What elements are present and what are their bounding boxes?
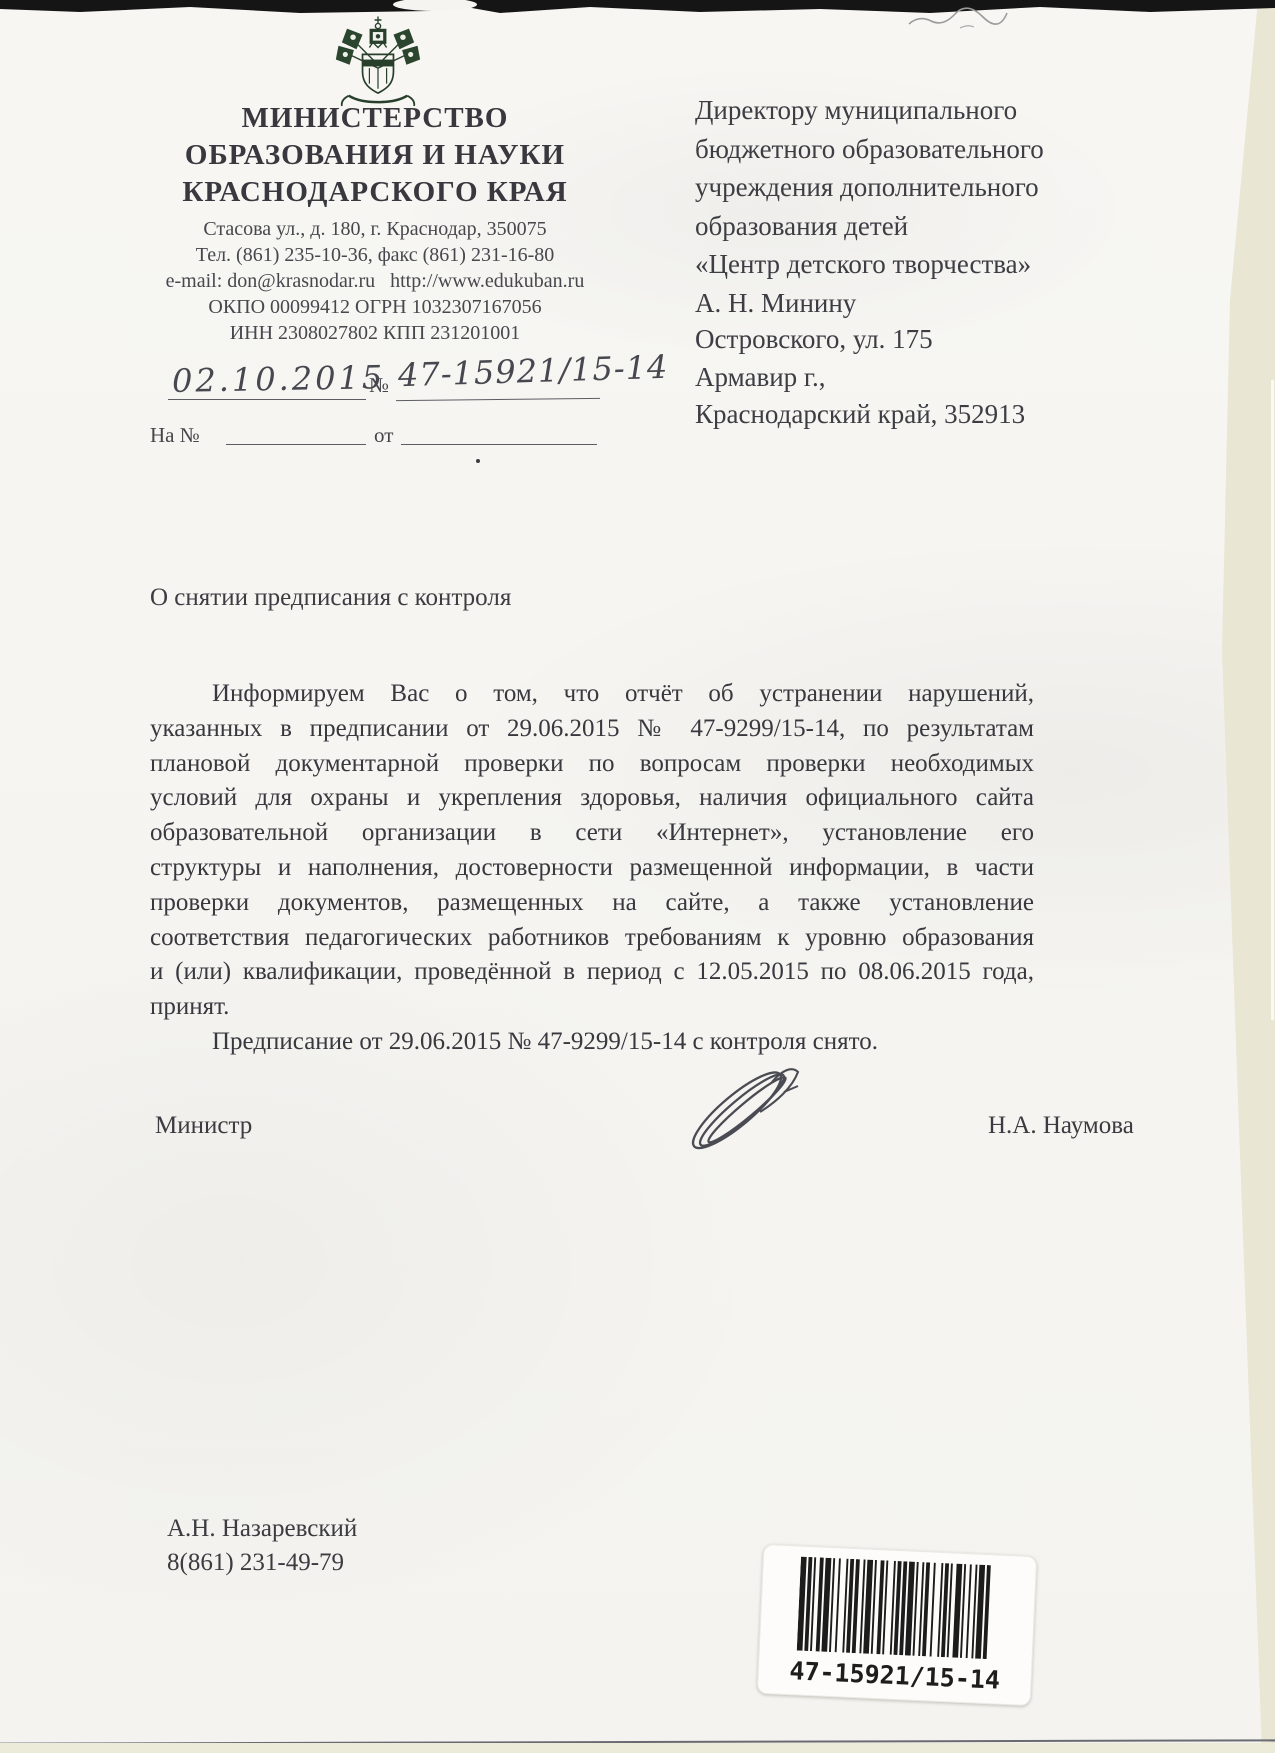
recipient-line: бюджетного образовательного xyxy=(695,130,1065,169)
number-sign: № xyxy=(369,373,389,398)
recipient-address-line: Островского, ул. 175 xyxy=(695,321,1065,359)
letterhead-okpo-ogrn: ОКПО 00099412 ОГРН 1032307167056 xyxy=(128,294,622,320)
recipient-block: Директору муниципального бюджетного обра… xyxy=(695,91,1065,323)
ministry-name-line: МИНИСТЕРСТВО xyxy=(140,100,610,137)
recipient-address-block: Островского, ул. 175 Армавир г., Краснод… xyxy=(695,321,1065,434)
scanner-bed-bottom-edge xyxy=(0,1743,1275,1753)
recipient-line: А. Н. Минину xyxy=(695,284,1065,323)
reply-number-blank xyxy=(226,444,366,445)
barcode-sticker: 47-15921/15-14 xyxy=(757,1544,1038,1706)
reply-date-blank xyxy=(401,444,597,445)
body-line: структуры и наполнения, достоверности ра… xyxy=(150,851,1034,886)
letterhead-email-site: e-mail: don@krasnodar.ru http://www.eduk… xyxy=(128,268,622,294)
letter-subject: О снятии предписания с контроля xyxy=(150,584,511,612)
reply-from-label: от xyxy=(374,423,393,448)
scanned-letter-page: МИНИСТЕРСТВО ОБРАЗОВАНИЯ И НАУКИ КРАСНОД… xyxy=(0,0,1275,1753)
recipient-line: образования детей xyxy=(695,207,1065,246)
coat-of-arms-icon xyxy=(335,14,421,112)
body-line: проверки документов, размещенных на сайт… xyxy=(150,886,1034,921)
ministry-name: МИНИСТЕРСТВО ОБРАЗОВАНИЯ И НАУКИ КРАСНОД… xyxy=(140,100,610,211)
paper-edge-highlight xyxy=(1271,380,1274,1020)
recipient-line: «Центр детского творчества» xyxy=(695,245,1065,284)
body-line: соответствия педагогических работников т… xyxy=(150,921,1034,956)
letterhead-address: Стасова ул., д. 180, г. Краснодар, 35007… xyxy=(128,216,622,242)
letterhead-inn-kpp: ИНН 2308027802 КПП 231201001 xyxy=(128,320,622,346)
letter-body: Информируем Вас о том, что отчёт об устр… xyxy=(150,677,1034,1060)
recipient-address-line: Армавир г., xyxy=(695,359,1065,397)
handwritten-date: 02.10.2015 xyxy=(172,358,386,400)
body-line: и (или) квалификации, проведённой в пери… xyxy=(150,955,1034,990)
barcode-icon xyxy=(797,1557,1025,1661)
body-line: условий для охраны и укрепления здоровья… xyxy=(150,781,1034,816)
minister-signature xyxy=(672,1058,822,1162)
body-line: указанных в предписании от 29.06.2015 № … xyxy=(150,712,1034,747)
recipient-line: Директору муниципального xyxy=(695,91,1065,130)
reply-to-number-label: На № xyxy=(150,423,200,448)
executor-name: А.Н. Назаревский xyxy=(167,1515,357,1543)
body-line: образовательной организации в сети «Инте… xyxy=(150,816,1034,851)
body-line: Предписание от 29.06.2015 № 47-9299/15-1… xyxy=(150,1025,1034,1060)
letterhead-phone: Тел. (861) 235-10-36, факс (861) 231-16-… xyxy=(128,242,622,268)
body-line: принят. xyxy=(150,990,1034,1025)
recipient-line: учреждения дополнительного xyxy=(695,168,1065,207)
letterhead-contacts: Стасова ул., д. 180, г. Краснодар, 35007… xyxy=(128,216,622,346)
ministry-name-line: КРАСНОДАРСКОГО КРАЯ xyxy=(140,174,610,211)
body-line: плановой документарной проверки по вопро… xyxy=(150,747,1034,782)
signer-name: Н.А. Наумова xyxy=(988,1112,1134,1140)
body-line: Информируем Вас о том, что отчёт об устр… xyxy=(150,677,1034,712)
date-underline xyxy=(168,399,366,400)
recipient-address-line: Краснодарский край, 352913 xyxy=(695,396,1065,434)
executor-phone: 8(861) 231-49-79 xyxy=(167,1549,344,1577)
barcode-label: 47-15921/15-14 xyxy=(757,1655,1032,1696)
ministry-name-line: ОБРАЗОВАНИЯ И НАУКИ xyxy=(140,137,610,174)
ink-dot-artifact xyxy=(476,459,480,463)
pencil-scribble-artifact xyxy=(905,4,1025,34)
signer-position: Министр xyxy=(155,1112,252,1140)
